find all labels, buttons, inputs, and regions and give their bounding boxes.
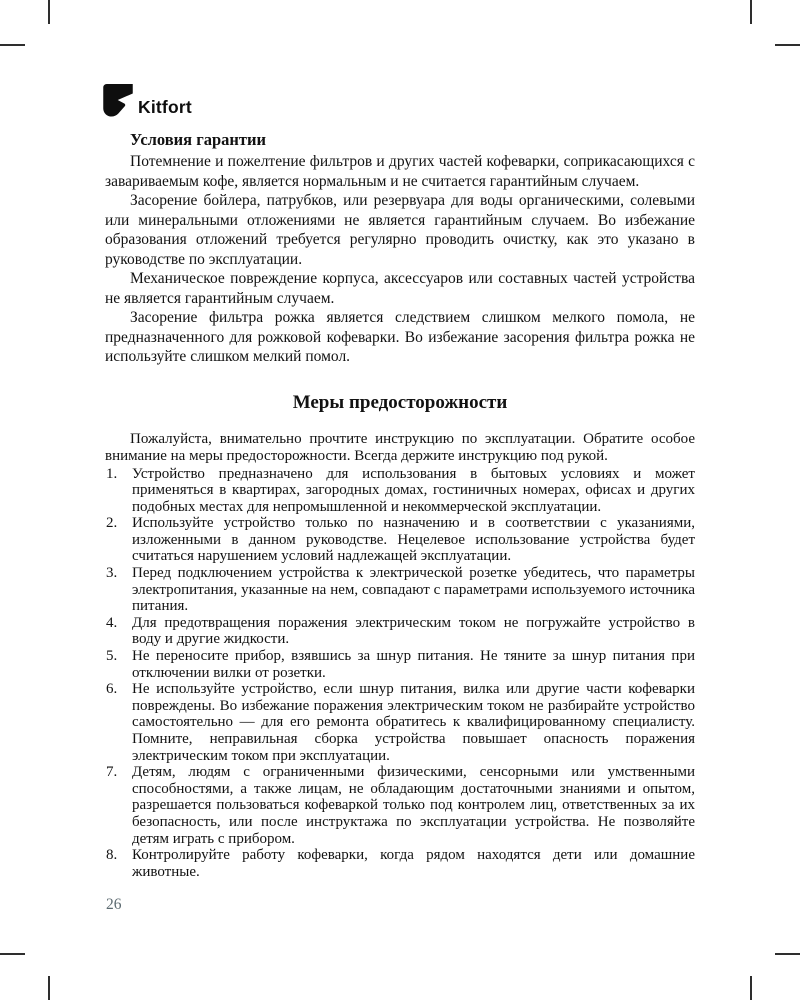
- precaution-item: Устройство предназначено для использован…: [105, 466, 695, 516]
- crop-mark-top-left-vertical: [48, 0, 50, 24]
- precaution-item: Не используйте устройство, если шнур пит…: [105, 681, 695, 764]
- precaution-item: Не переносите прибор, взявшись за шнур п…: [105, 648, 695, 681]
- page-content: Kitfort Условия гарантии Потемнение и по…: [105, 84, 695, 880]
- precautions-section: Меры предосторожности Пожалуйста, внимат…: [105, 391, 695, 881]
- precaution-item: Детям, людям с ограниченными физическими…: [105, 764, 695, 847]
- crop-mark-top-left-horizontal: [0, 44, 25, 46]
- precaution-item: Для предотвращения поражения электрическ…: [105, 615, 695, 648]
- kitfort-logo: Kitfort: [103, 84, 695, 117]
- precaution-item: Перед подключением устройства к электрич…: [105, 565, 695, 615]
- warranty-heading: Условия гарантии: [105, 130, 695, 149]
- crop-mark-top-right-vertical: [750, 0, 752, 24]
- kitfort-logo-text: Kitfort: [138, 99, 192, 118]
- kitfort-flag-icon: [103, 84, 133, 117]
- crop-mark-bottom-right-horizontal: [775, 953, 800, 955]
- precautions-intro: Пожалуйста, внимательно прочтите инструк…: [105, 431, 695, 465]
- crop-mark-bottom-right-vertical: [750, 976, 752, 1000]
- precautions-heading: Меры предосторожности: [105, 391, 695, 414]
- warranty-section: Условия гарантии Потемнение и пожелтение…: [105, 130, 695, 367]
- crop-mark-bottom-left-horizontal: [0, 953, 25, 955]
- manual-page: { "colors": { "text": "#121212", "logo":…: [0, 0, 800, 1000]
- precaution-item: Используйте устройство только по назначе…: [105, 515, 695, 565]
- warranty-paragraph: Механическое повреждение корпуса, аксесс…: [105, 269, 695, 308]
- warranty-paragraph: Засорение фильтра рожка является следств…: [105, 308, 695, 367]
- warranty-paragraph: Потемнение и пожелтение фильтров и други…: [105, 152, 695, 191]
- crop-mark-top-right-horizontal: [775, 44, 800, 46]
- precaution-item: Контролируйте работу кофеварки, когда ря…: [105, 847, 695, 880]
- precautions-list: Устройство предназначено для использован…: [105, 466, 695, 881]
- crop-mark-bottom-left-vertical: [48, 976, 50, 1000]
- warranty-paragraph: Засорение бойлера, патрубков, или резерв…: [105, 191, 695, 269]
- page-number: 26: [106, 896, 122, 914]
